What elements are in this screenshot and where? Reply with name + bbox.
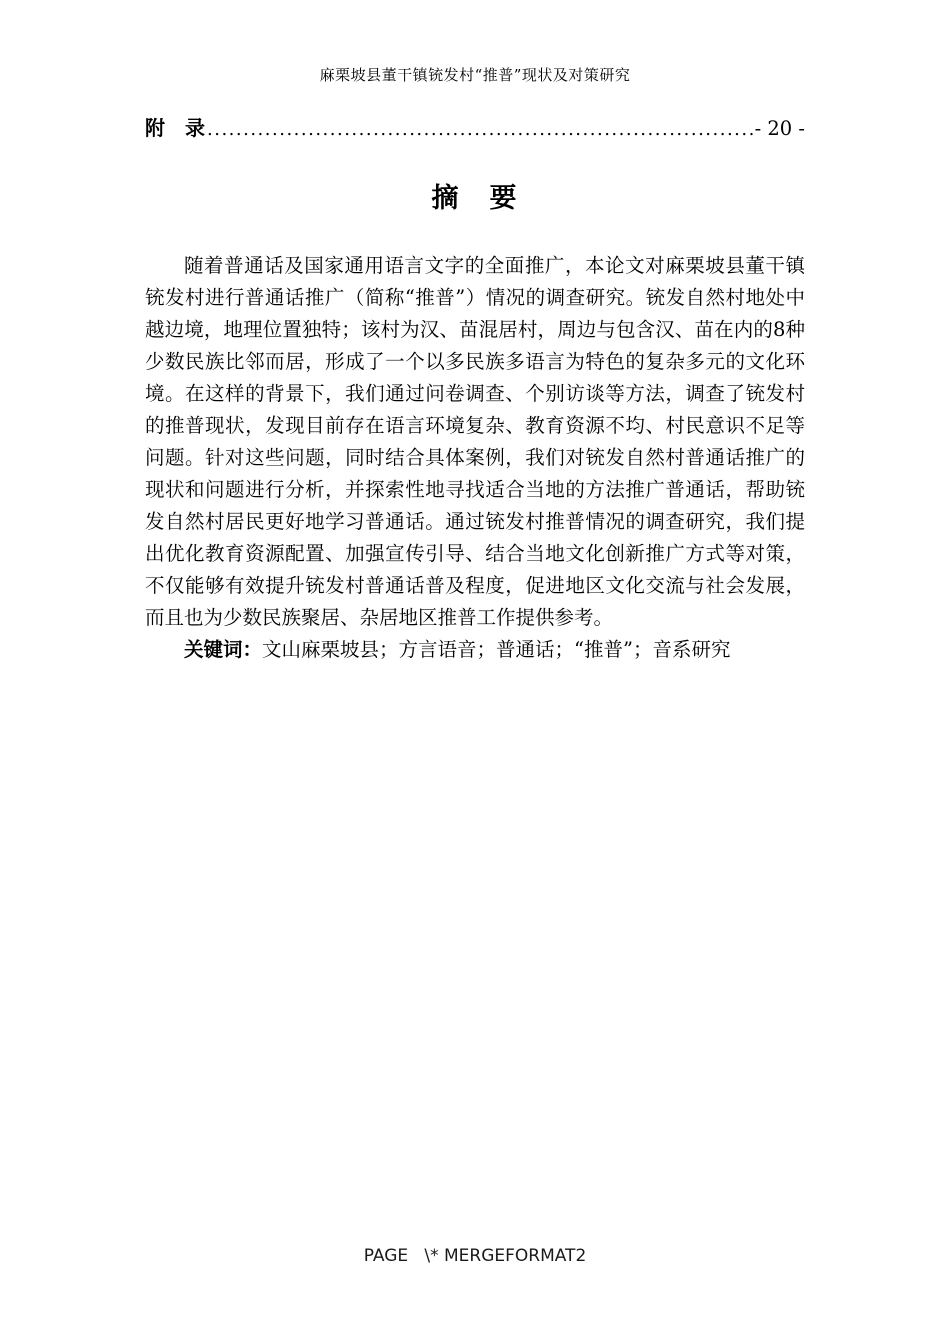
keywords-text: 文山麻栗坡县；方言语音；普通话；“推普”；音系研究 [262, 638, 730, 661]
document-page: 麻栗坡县董干镇铳发村“推普”现状及对策研究 附 录 - 20 - 摘 要 随着普… [0, 0, 950, 1344]
toc-entry-appendix[interactable]: 附 录 - 20 - [145, 112, 805, 141]
footer-page-field: PAGE \* MERGEFORMAT2 [0, 1246, 950, 1266]
toc-dot-leader [207, 119, 753, 140]
running-header: 麻栗坡县董干镇铳发村“推普”现状及对策研究 [0, 64, 950, 85]
toc-page-number: - 20 - [755, 117, 805, 140]
keywords-label: 关键词： [184, 638, 262, 661]
keywords-line: 关键词：文山麻栗坡县；方言语音；普通话；“推普”；音系研究 [145, 634, 805, 666]
abstract-paragraph: 随着普通话及国家通用语言文字的全面推广，本论文对麻栗坡县董干镇铳发村进行普通话推… [145, 250, 805, 634]
abstract-title: 摘 要 [0, 176, 950, 215]
toc-entry-label: 附 录 [145, 112, 205, 141]
abstract-body: 随着普通话及国家通用语言文字的全面推广，本论文对麻栗坡县董干镇铳发村进行普通话推… [145, 250, 805, 666]
